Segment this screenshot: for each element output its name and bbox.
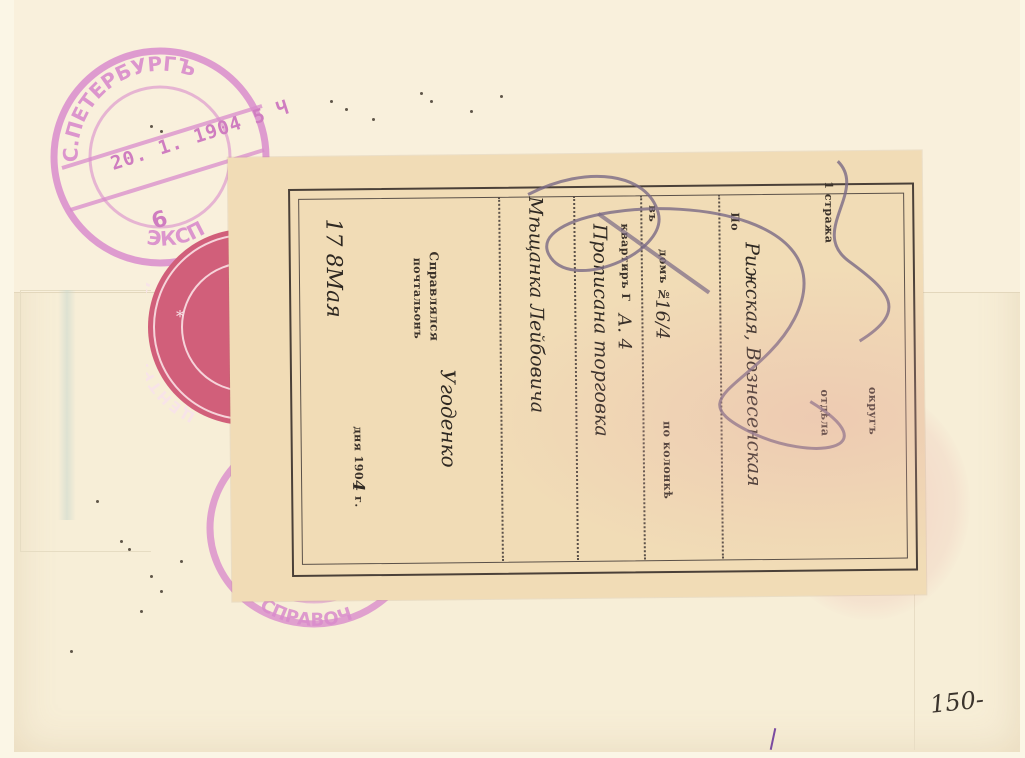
label-subtitle: почтальонъ	[411, 258, 425, 340]
violet-crayon-annotation	[508, 150, 932, 494]
foxing-speck	[330, 100, 333, 103]
handwritten-date: 17 8Мая	[320, 218, 346, 317]
year-line: дня 1904 г.	[349, 426, 369, 508]
foxing-speck	[345, 108, 348, 111]
column-divider	[718, 194, 724, 558]
label-outer-frame	[288, 182, 918, 577]
foxing-speck	[180, 560, 183, 563]
department-label: отдѣла	[818, 389, 831, 436]
house-label: домъ №	[657, 249, 671, 302]
foxing-speck	[150, 575, 153, 578]
okrug-label: округъ	[866, 387, 880, 435]
in-label: въ	[646, 205, 659, 222]
handwritten-street: Рижская, Вознесенская	[741, 242, 766, 487]
label-title: Справлялся	[427, 251, 442, 341]
postman-signature: Угоденко	[436, 369, 461, 468]
foxing-speck	[420, 92, 423, 95]
foxing-speck	[140, 610, 143, 613]
label-inner-frame	[298, 193, 908, 565]
foxing-speck	[430, 100, 433, 103]
column-divider	[640, 195, 646, 559]
foxing-speck	[500, 95, 503, 98]
seal-star: *	[176, 307, 184, 326]
foxing-speck	[96, 500, 99, 503]
paper-stain	[58, 290, 76, 520]
district-label: 1 стража	[822, 181, 836, 243]
handwritten-note-1: Прописана торговка	[588, 224, 612, 437]
column-divider	[573, 196, 579, 560]
foxing-speck	[120, 540, 123, 543]
foxing-speck	[160, 590, 163, 593]
apartment-value: А. 4	[613, 313, 634, 350]
column-divider	[498, 197, 504, 561]
handwritten-note-2: Мѣщанка Лейбовича	[524, 196, 548, 413]
foxing-speck	[70, 650, 73, 653]
foxing-speck	[372, 118, 375, 121]
apartment-label: квартиръ Г	[618, 223, 632, 301]
address-bureau-label: 17 8Мая дня 1904 г. Справлялся почтальон…	[228, 150, 927, 601]
line-prefix-po: По	[728, 212, 741, 231]
envelope-left-fold	[20, 290, 151, 552]
foxing-speck	[470, 110, 473, 113]
pencil-price-annotation: 150-	[929, 685, 986, 718]
by-column-label: по колонкѣ	[660, 421, 674, 499]
house-value: 16/4	[651, 299, 672, 340]
foxing-speck	[128, 548, 131, 551]
